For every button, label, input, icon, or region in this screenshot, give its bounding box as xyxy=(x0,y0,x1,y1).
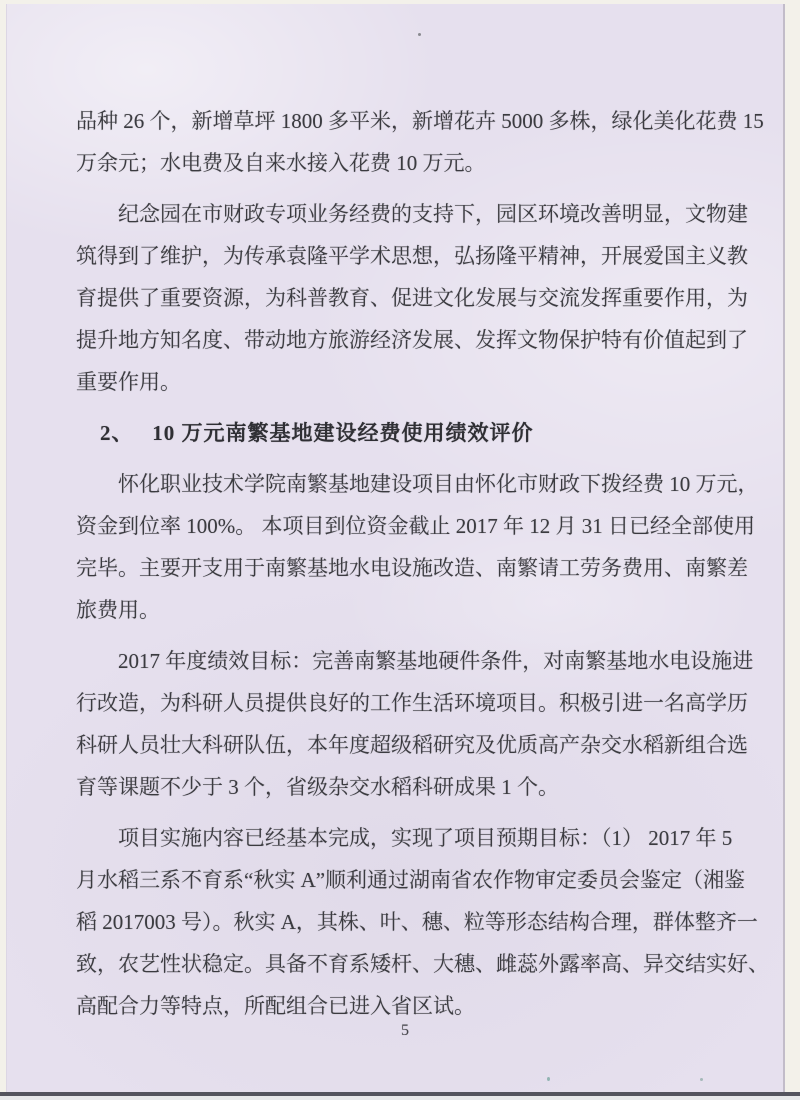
text-line: 旅费用。 xyxy=(76,589,736,631)
paragraph: 纪念园在市财政专项业务经费的支持下，园区环境改善明显，文物建筑得到了维护，为传承… xyxy=(76,193,736,403)
text-line: 万余元；水电费及自来水接入花费 10 万元。 xyxy=(76,142,736,184)
page-number: 5 xyxy=(390,1022,420,1040)
text-line: 纪念园在市财政专项业务经费的支持下，园区环境改善明显，文物建 xyxy=(76,193,736,235)
text-line: 2、 10 万元南繁基地建设经费使用绩效评价 xyxy=(76,412,736,454)
text-line: 怀化职业技术学院南繁基地建设项目由怀化市财政下拨经费 10 万元， xyxy=(76,463,736,505)
scanned-page: 品种 26 个，新增草坪 1800 多平米，新增花卉 5000 多株，绿化美化花… xyxy=(6,4,785,1092)
text-line: 致，农艺性状稳定。具备不育系矮杆、大穗、雌蕊外露率高、异交结实好、 xyxy=(76,943,736,985)
text-line: 筑得到了维护，为传承袁隆平学术思想，弘扬隆平精神，开展爱国主义教 xyxy=(76,235,736,277)
text-line: 育等课题不少于 3 个，省级杂交水稻科研成果 1 个。 xyxy=(76,766,736,808)
paragraph: 项目实施内容已经基本完成，实现了项目预期目标：（1） 2017 年 5月水稻三系… xyxy=(76,817,736,1027)
text-line: 行改造，为科研人员提供良好的工作生活环境项目。积极引进一名高学历 xyxy=(76,682,736,724)
text-line: 稻 2017003 号）。秋实 A，其株、叶、穗、粒等形态结构合理，群体整齐一 xyxy=(76,901,736,943)
section-heading: 2、 10 万元南繁基地建设经费使用绩效评价 xyxy=(76,412,736,454)
text-line: 项目实施内容已经基本完成，实现了项目预期目标：（1） 2017 年 5 xyxy=(76,817,736,859)
text-line: 完毕。主要开支用于南繁基地水电设施改造、南繁请工劳务费用、南繁差 xyxy=(76,547,736,589)
document-body: 品种 26 个，新增草坪 1800 多平米，新增花卉 5000 多株，绿化美化花… xyxy=(76,100,736,1036)
text-line: 科研人员壮大科研队伍，本年度超级稻研究及优质高产杂交水稻新组合选 xyxy=(76,724,736,766)
paragraph: 品种 26 个，新增草坪 1800 多平米，新增花卉 5000 多株，绿化美化花… xyxy=(76,100,736,184)
text-line: 高配合力等特点，所配组合已进入省区试。 xyxy=(76,985,736,1027)
scan-speck xyxy=(547,1077,550,1081)
text-line: 月水稻三系不育系“秋实 A”顺利通过湖南省农作物审定委员会鉴定（湘鉴 xyxy=(76,859,736,901)
scan-speck xyxy=(700,1078,703,1081)
text-line: 资金到位率 100%。 本项目到位资金截止 2017 年 12 月 31 日已经… xyxy=(76,505,736,547)
text-line: 品种 26 个，新增草坪 1800 多平米，新增花卉 5000 多株，绿化美化花… xyxy=(76,100,736,142)
text-line: 2017 年度绩效目标：完善南繁基地硬件条件，对南繁基地水电设施进 xyxy=(76,640,736,682)
scan-bottom-edge-highlight xyxy=(0,1096,800,1100)
paragraph: 怀化职业技术学院南繁基地建设项目由怀化市财政下拨经费 10 万元，资金到位率 1… xyxy=(76,463,736,631)
paragraph: 2017 年度绩效目标：完善南繁基地硬件条件，对南繁基地水电设施进行改造，为科研… xyxy=(76,640,736,808)
scan-speck xyxy=(418,33,421,36)
text-line: 重要作用。 xyxy=(76,361,736,403)
scanner-background: 品种 26 个，新增草坪 1800 多平米，新增花卉 5000 多株，绿化美化花… xyxy=(0,0,800,1100)
text-line: 育提供了重要资源，为科普教育、促进文化发展与交流发挥重要作用，为 xyxy=(76,277,736,319)
text-line: 提升地方知名度、带动地方旅游经济发展、发挥文物保护特有价值起到了 xyxy=(76,319,736,361)
